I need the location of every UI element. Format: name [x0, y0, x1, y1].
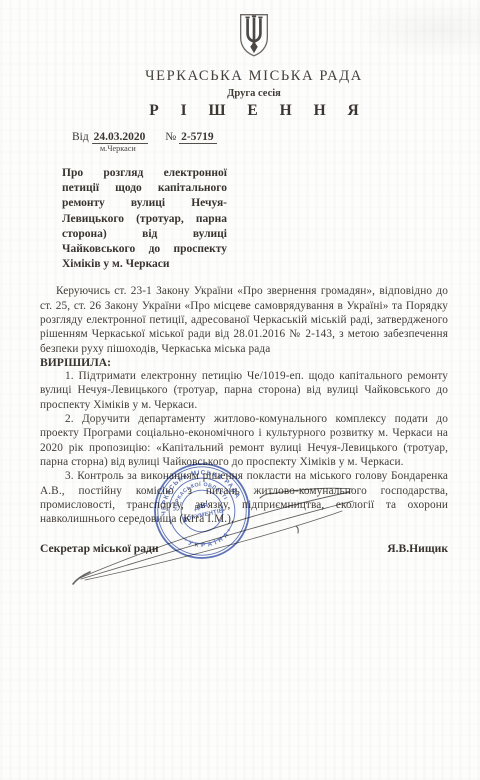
decision-item-1: 1. Підтримати електронну петицію Че/1019…: [40, 369, 448, 412]
doc-place: м.Черкаси: [100, 144, 448, 153]
document-header: ЧЕРКАСЬКА МІСЬКА РАДА Друга сесія Р І Ш …: [50, 13, 458, 120]
doc-type-title: Р І Ш Е Н Н Я: [50, 102, 458, 120]
resolved-word: ВИРІШИЛА:: [40, 356, 448, 369]
document-page: ЧЕРКАСЬКА МІСЬКА РАДА Друга сесія Р І Ш …: [0, 0, 480, 780]
doc-date: 24.03.2020: [92, 131, 149, 144]
meta-line: Від 24.03.2020 № 2-5719: [72, 131, 448, 143]
tryzub-coat-of-arms-icon: [238, 13, 270, 63]
pen-signature-strokes: [60, 440, 460, 590]
number-sign: №: [165, 131, 176, 143]
session-label: Друга сесія: [50, 88, 458, 99]
preamble-paragraph: Керуючись ст. 23-1 Закону України «Про з…: [40, 284, 448, 356]
org-name: ЧЕРКАСЬКА МІСЬКА РАДА: [50, 68, 458, 85]
date-label: Від: [72, 131, 89, 143]
doc-title: Про розгляд електронної петиції щодо кап…: [62, 166, 227, 272]
doc-number: 2-5719: [179, 131, 217, 144]
